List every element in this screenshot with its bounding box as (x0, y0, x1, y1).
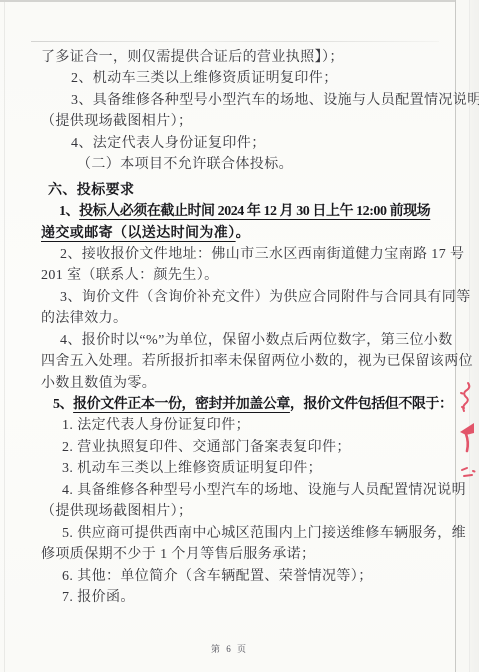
text-segment: 5. 供应商可提供西南中心城区范围内上门接送维修车辆服务，维 (62, 526, 466, 541)
handwritten-check-flag (460, 423, 474, 451)
document-body: 了多证合一，则仅需提供合证后的营业执照】）；2、机动车三类以上维修资质证明复印件… (41, 47, 441, 608)
text-line: 5、报价文件正本一份，密封并加盖公章，报价文件包括但不限于： (53, 394, 441, 415)
text-segment: 四舍五入处理。若所报折扣率未保留两位小数的，视为已保留该两位 (41, 354, 473, 369)
text-segment: 1. 法定代表人身份证复印件； (62, 418, 250, 433)
text-line: 2、机动车三类以上维修资质证明复印件； (71, 68, 441, 89)
handwritten-squiggle (461, 383, 469, 411)
scanned-document-page: 了多证合一，则仅需提供合证后的营业执照】）；2、机动车三类以上维修资质证明复印件… (0, 0, 479, 672)
text-line: 四舍五入处理。若所报折扣率未保留两位小数的，视为已保留该两位 (41, 351, 441, 372)
text-segment: 。 (236, 226, 250, 241)
text-segment: 的法律效力。 (41, 311, 127, 326)
text-segment: 3、具备维修各种型号小型汽车的场地、设施与人员配置情况说明 (71, 93, 479, 108)
text-segment: ，报价文件包括但不限于： (290, 397, 453, 412)
text-line: 1. 法定代表人身份证复印件； (62, 415, 441, 436)
text-segment: 7. 报价函。 (62, 590, 135, 605)
text-segment: （提供现场截图相片）； (41, 504, 192, 519)
text-line: 3. 机动车三类以上维修资质证明复印件； (62, 458, 441, 479)
scan-top-edge (0, 0, 479, 2)
text-segment: 六、投标要求 (48, 183, 134, 198)
text-segment: 2、机动车三类以上维修资质证明复印件； (71, 71, 338, 86)
page-left-edge-line (4, 2, 5, 672)
text-line: 3、具备维修各种型号小型汽车的场地、设施与人员配置情况说明 (71, 90, 441, 111)
text-segment: 投标人必须在截止时间 2024 年 12 月 30 日上午 12:00 前现场 (79, 204, 430, 219)
text-segment: （二）本项目不允许联合体投标。 (77, 157, 293, 172)
text-line: 小数且数值为零。 (41, 373, 441, 394)
text-segment: 报价文件正本一份，密封并加盖公章 (73, 397, 290, 412)
scan-artifact-line (31, 41, 439, 42)
text-segment: 修项质保期不少于 1 个月等售后服务承诺； (41, 547, 315, 562)
text-line: （二）本项目不允许联合体投标。 (77, 154, 441, 175)
text-line: 的法律效力。 (41, 308, 441, 329)
text-line: 2、接收报价文件地址：佛山市三水区西南街道健力宝南路 17 号 (60, 244, 441, 265)
text-line: 7. 报价函。 (62, 587, 441, 608)
text-segment: 了多证合一，则仅需提供合证后的营业执照】）； (41, 50, 344, 65)
text-line: 4、法定代表人身份证复印件； (71, 133, 441, 154)
text-line: 4. 具备维修各种型号小型汽车的场地、设施与人员配置情况说明 (62, 480, 441, 501)
red-pen-marks-icon (453, 376, 479, 488)
text-segment: 3、询价文件（含询价补充文件）为供应合同附件与合同具有同等 (60, 290, 471, 305)
text-line: 6. 其他：单位简介（含车辆配置、荣誉情况等）； (62, 566, 441, 587)
handwritten-small-strokes (462, 468, 475, 476)
text-line: 201 室（联系人：颜先生）。 (41, 265, 441, 286)
text-line: 5. 供应商可提供西南中心城区范围内上门接送维修车辆服务，维 (62, 523, 441, 544)
page-number: 第 6 页 (0, 642, 459, 655)
text-line: 4、报价时以“%”为单位，保留小数点后两位数字，第三位小数 (60, 330, 441, 351)
text-line: 3、询价文件（含询价补充文件）为供应合同附件与合同具有同等 (60, 287, 441, 308)
text-segment: 5、 (53, 397, 73, 412)
text-line: （提供现场截图相片）； (41, 111, 441, 132)
text-segment: 4. 具备维修各种型号小型汽车的场地、设施与人员配置情况说明 (62, 483, 466, 498)
text-segment: 3. 机动车三类以上维修资质证明复印件； (62, 461, 322, 476)
text-line: （提供现场截图相片）； (41, 501, 441, 522)
text-line: 1、投标人必须在截止时间 2024 年 12 月 30 日上午 12:00 前现… (59, 201, 441, 222)
text-segment: 2、接收报价文件地址：佛山市三水区西南街道健力宝南路 17 号 (60, 247, 464, 262)
text-segment: 201 室（联系人：颜先生）。 (41, 268, 219, 283)
text-line: 2. 营业执照复印件、交通部门备案表复印件； (62, 437, 441, 458)
text-segment: 4、报价时以“%”为单位，保留小数点后两位数字，第三位小数 (60, 333, 453, 348)
text-line: 修项质保期不少于 1 个月等售后服务承诺； (41, 544, 441, 565)
text-segment: （提供现场截图相片）； (41, 114, 192, 129)
text-segment: 1、 (59, 204, 79, 219)
text-segment: 小数且数值为零。 (41, 376, 156, 391)
text-segment: 2. 营业执照复印件、交通部门备案表复印件； (62, 440, 351, 455)
text-segment: 递交或邮寄（以送达时间为准） (41, 226, 236, 241)
text-line: 递交或邮寄（以送达时间为准）。 (41, 223, 441, 244)
text-line: 了多证合一，则仅需提供合证后的营业执照】）； (41, 47, 441, 68)
text-line: 六、投标要求 (48, 180, 441, 201)
text-segment: 6. 其他：单位简介（含车辆配置、荣誉情况等）； (62, 569, 373, 584)
text-segment: 4、法定代表人身份证复印件； (71, 136, 266, 151)
